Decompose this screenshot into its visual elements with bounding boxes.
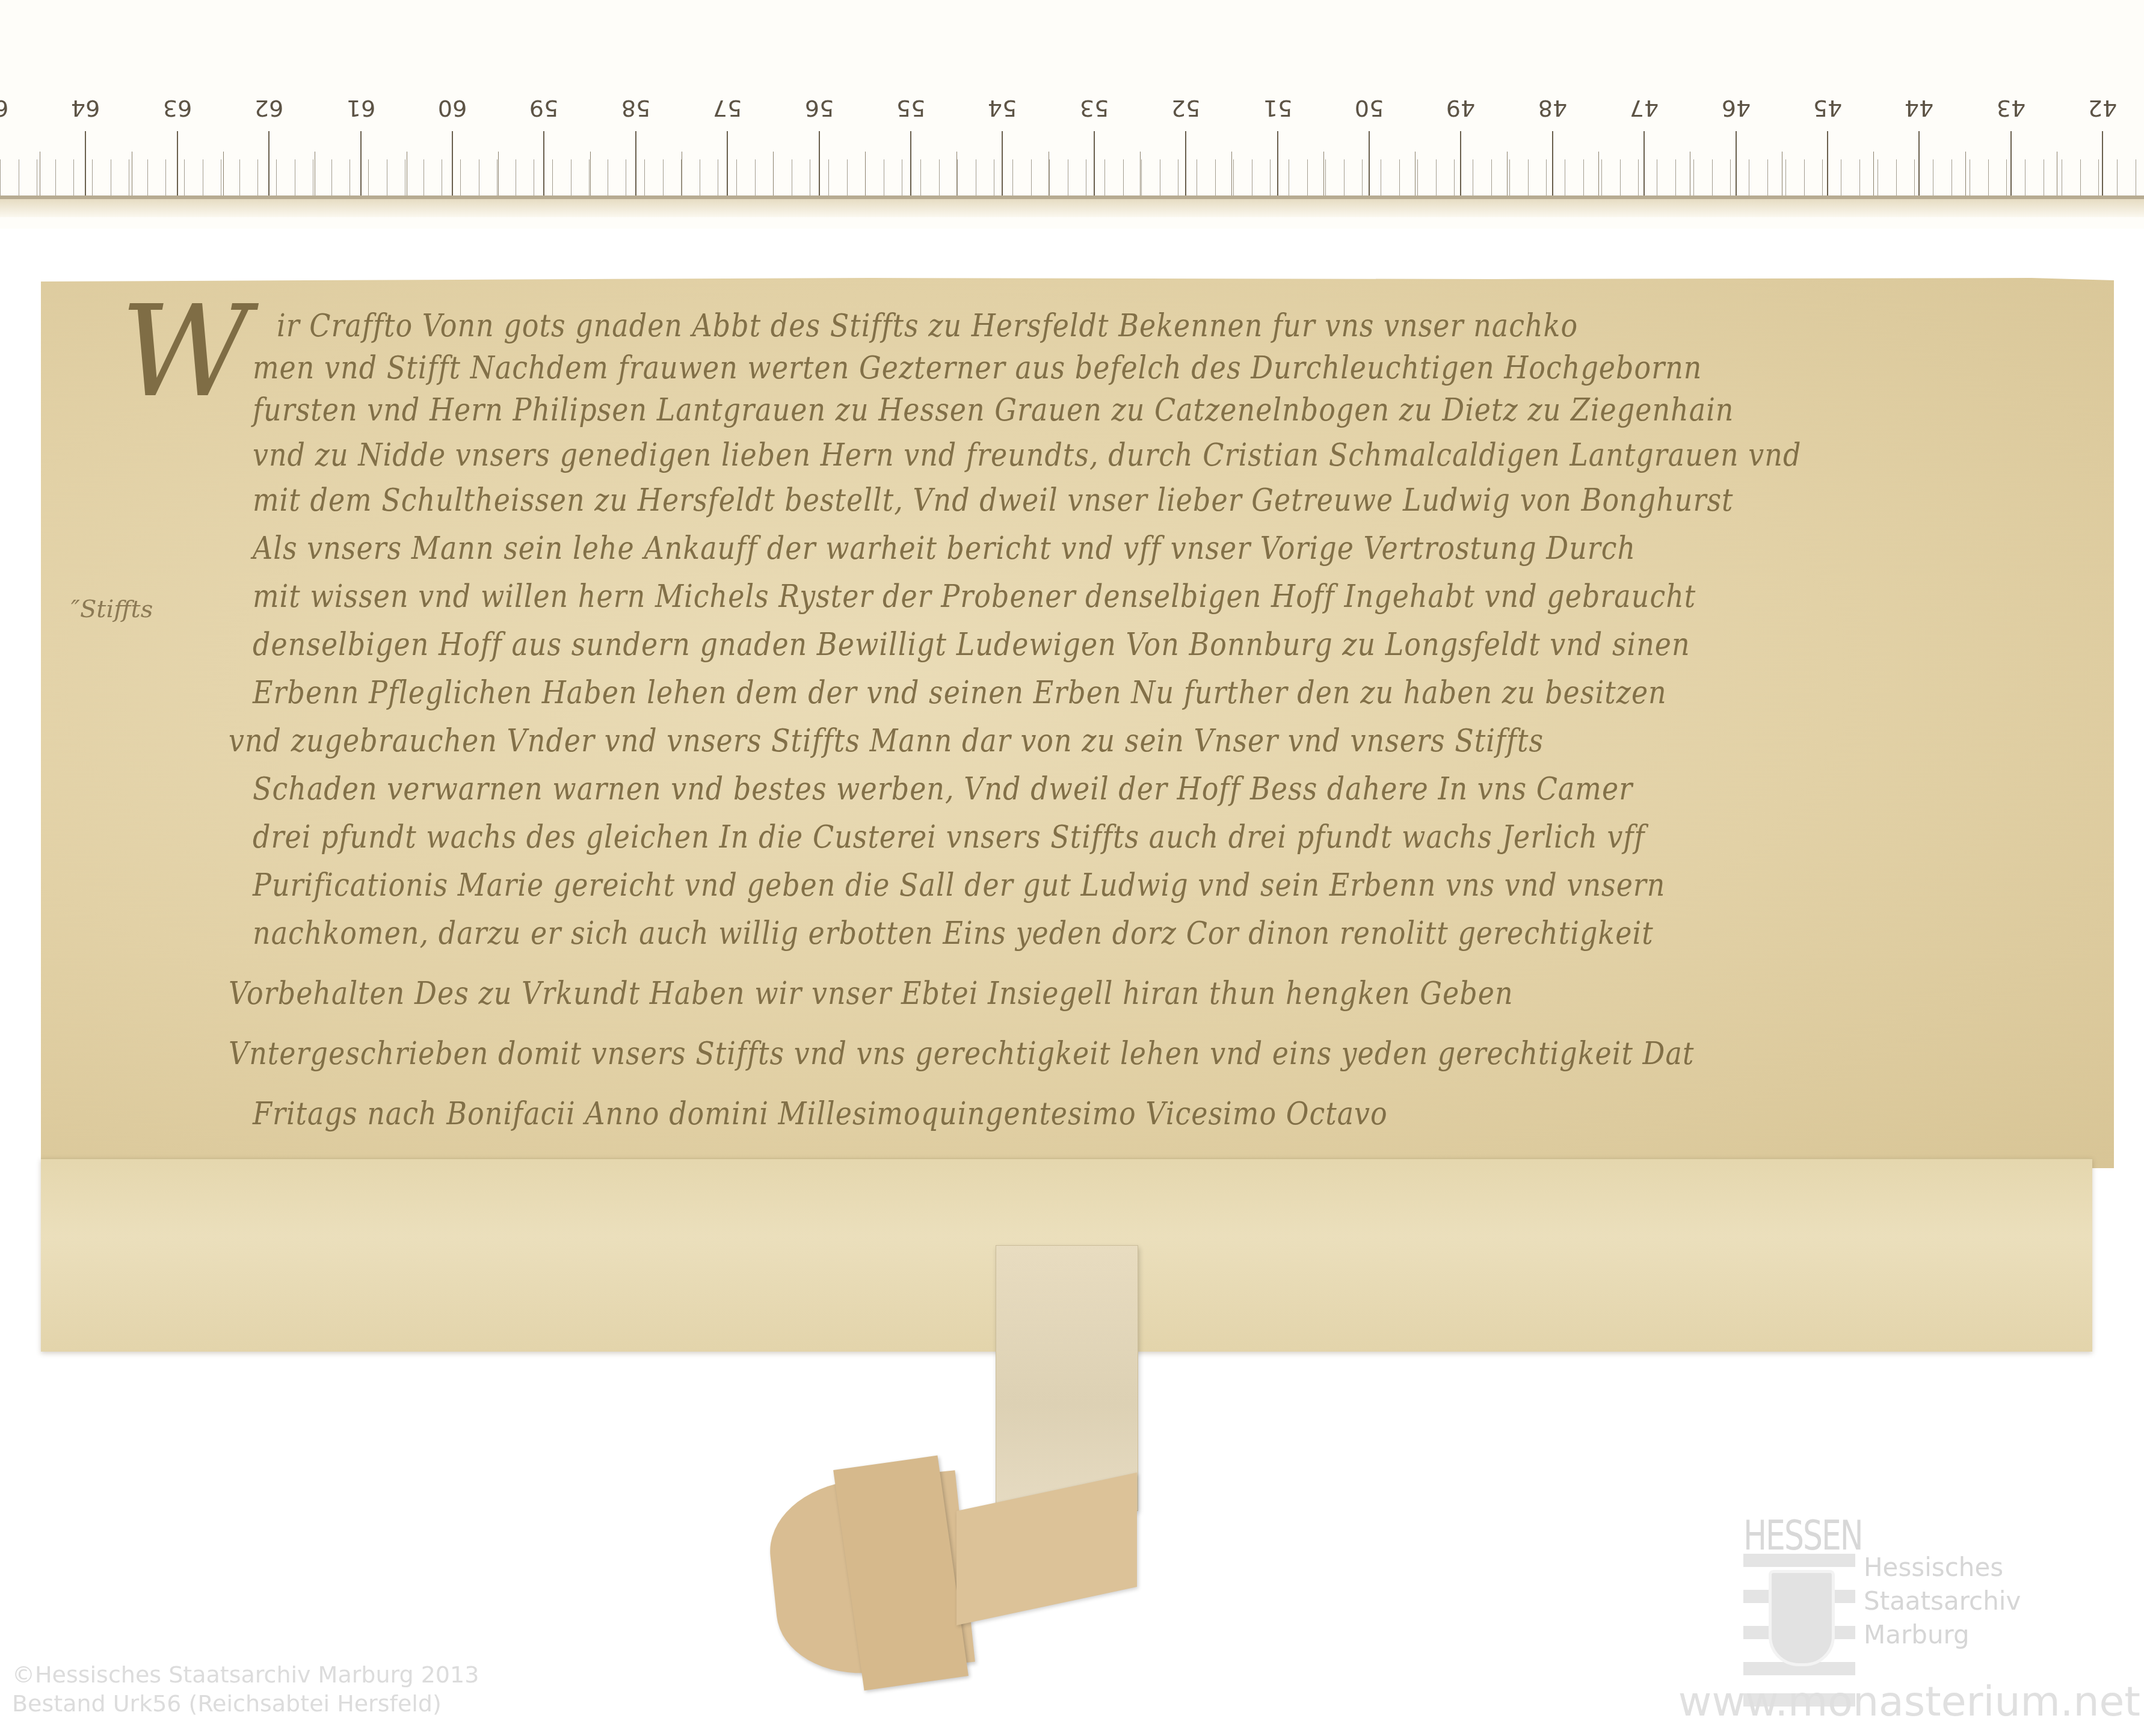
ruler-major-tick: [1918, 131, 1920, 195]
logo-stripe: [1743, 1554, 1855, 1567]
ruler-number: 54: [984, 95, 1020, 122]
ruler-number: 46: [1718, 95, 1754, 122]
ruler-major-tick: [2010, 131, 2012, 195]
ruler-major-tick: [635, 131, 636, 195]
ruler-half-tick: [1049, 152, 1049, 195]
ruler-major-tick: [543, 131, 544, 195]
text-line: vnd zu Nidde vnsers genedigen lieben Her…: [253, 436, 1801, 473]
ruler-number: 52: [1168, 95, 1204, 122]
ruler-half-tick: [1690, 152, 1690, 195]
ruler-major-tick: [1643, 131, 1645, 195]
ruler-number: 53: [1076, 95, 1112, 122]
ruler-half-tick: [223, 152, 224, 195]
ruler-major-tick: [910, 131, 911, 195]
ruler-major-tick: [360, 131, 362, 195]
ruler-number: 49: [1443, 95, 1479, 122]
ruler-minor-ticks: [0, 159, 2144, 195]
ruler-number: 43: [1993, 95, 2029, 122]
ruler-shadow: [0, 199, 2144, 217]
ruler-number: 62: [251, 95, 287, 122]
ruler-half-tick: [2057, 152, 2057, 195]
ruler-major-tick: [177, 131, 178, 195]
ruler-half-tick: [1231, 152, 1232, 195]
ruler-major-tick: [1185, 131, 1186, 195]
text-line: mit dem Schultheissen zu Hersfeldt beste…: [253, 481, 1734, 519]
ruler-half-tick: [1965, 152, 1966, 195]
text-line: mit wissen vnd willen hern Michels Ryste…: [253, 577, 1696, 615]
ruler-half-tick: [1415, 152, 1415, 195]
ruler-major-tick: [1827, 131, 1828, 195]
ruler-major-tick: [1277, 131, 1278, 195]
ruler-half-tick: [407, 152, 407, 195]
ruler-major-tick: [85, 131, 86, 195]
ruler-major-tick: [819, 131, 820, 195]
archive-name-line: Hessisches: [1864, 1551, 2021, 1584]
text-line: Purificationis Marie gereicht vnd geben …: [253, 866, 1665, 903]
ruler-number: 61: [343, 95, 379, 122]
text-line: nachkomen, darzu er sich auch willig erb…: [253, 914, 1654, 952]
ruler-half-tick: [682, 152, 682, 195]
collection-line: Bestand Urk56 (Reichsabtei Hersfeld): [12, 1689, 479, 1718]
text-line: ir Craffto Vonn gots gnaden Abbt des Sti…: [277, 307, 1578, 344]
text-line: Als vnsers Mann sein lehe Ankauff der wa…: [253, 529, 1636, 567]
ruler-half-tick: [865, 152, 866, 195]
ruler-half-tick: [590, 152, 591, 195]
ruler-number: 47: [1626, 95, 1662, 122]
ruler-half-tick: [315, 152, 315, 195]
ruler-number: 65: [0, 95, 12, 122]
ruler-major-tick: [1552, 131, 1553, 195]
site-url-watermark: www.monasterium.net: [1678, 1678, 2140, 1726]
ruler-half-tick: [132, 152, 132, 195]
ruler-half-tick: [1598, 152, 1599, 195]
text-line: drei pfundt wachs des gleichen In die Cu…: [253, 818, 1645, 855]
archive-name-line: Staatsarchiv: [1864, 1584, 2021, 1618]
text-line: Vntergeschrieben domit vnsers Stiffts vn…: [229, 1035, 1694, 1072]
archive-name-line: Marburg: [1864, 1618, 2021, 1652]
text-line: Fritags nach Bonifacii Anno domini Mille…: [253, 1095, 1388, 1132]
copyright-watermark: ©Hessisches Staatsarchiv Marburg 2013 Be…: [12, 1660, 479, 1718]
ruler-number: 42: [2084, 95, 2121, 122]
text-line: men vnd Stifft Nachdem frauwen werten Ge…: [253, 349, 1702, 386]
ruler-number: 59: [526, 95, 562, 122]
ruler-major-tick: [1002, 131, 1003, 195]
text-line: vnd zugebrauchen Vnder vnd vnsers Stifft…: [229, 722, 1544, 759]
ruler-half-tick: [956, 152, 957, 195]
ruler-half-tick: [1140, 152, 1141, 195]
copyright-line: ©Hessisches Staatsarchiv Marburg 2013: [12, 1660, 479, 1689]
ruler-number: 57: [709, 95, 745, 122]
ruler-major-tick: [727, 131, 728, 195]
text-line: Schaden verwarnen warnen vnd bestes werb…: [253, 770, 1633, 807]
coat-of-arms-icon: [1769, 1570, 1835, 1666]
ruler-major-tick: [1460, 131, 1461, 195]
text-line: Erbenn Pfleglichen Haben lehen dem der v…: [253, 674, 1667, 711]
ruler-number: 45: [1810, 95, 1846, 122]
folded-seal-strip-end: [956, 1473, 1137, 1625]
ruler-half-tick: [1323, 152, 1324, 195]
ruler-half-tick: [498, 152, 499, 195]
ruler-major-tick: [2102, 131, 2103, 195]
archive-name-watermark: Hessisches Staatsarchiv Marburg: [1864, 1551, 2021, 1652]
ruler-number: 50: [1351, 95, 1387, 122]
ruler-half-tick: [40, 152, 40, 195]
ruler-number: 58: [618, 95, 654, 122]
margin-note: ″Stiffts: [71, 596, 153, 623]
ruler-number: 56: [801, 95, 837, 122]
ruler-half-tick: [773, 152, 774, 195]
logo-wordmark: HESSEN: [1743, 1513, 1862, 1560]
ruler-number: 55: [893, 95, 929, 122]
ruler-number: 63: [159, 95, 196, 122]
text-line: fursten vnd Hern Philipsen Lantgrauen zu…: [253, 391, 1734, 428]
ruler-half-tick: [1507, 152, 1508, 195]
ruler-number: 48: [1535, 95, 1571, 122]
ruler-major-tick: [1094, 131, 1095, 195]
ruler-number: 64: [67, 95, 103, 122]
ruler-major-tick: [268, 131, 270, 195]
ruler-major-tick: [452, 131, 453, 195]
ruler-half-tick: [1782, 152, 1782, 195]
ruler-number: 60: [434, 95, 470, 122]
text-line: denselbigen Hoff aus sundern gnaden Bewi…: [253, 626, 1690, 663]
measurement-ruler: 6564636261605958575655545352515049484746…: [0, 0, 2144, 229]
ruler-major-tick: [1736, 131, 1737, 195]
text-line: Vorbehalten Des zu Vrkundt Haben wir vns…: [229, 974, 1514, 1012]
decorated-initial: W: [120, 289, 250, 415]
ruler-number: 51: [1260, 95, 1296, 122]
ruler-major-tick: [1369, 131, 1370, 195]
seal-tag-strip: [996, 1245, 1138, 1511]
ruler-half-tick: [1873, 152, 1874, 195]
ruler-number: 44: [1901, 95, 1937, 122]
